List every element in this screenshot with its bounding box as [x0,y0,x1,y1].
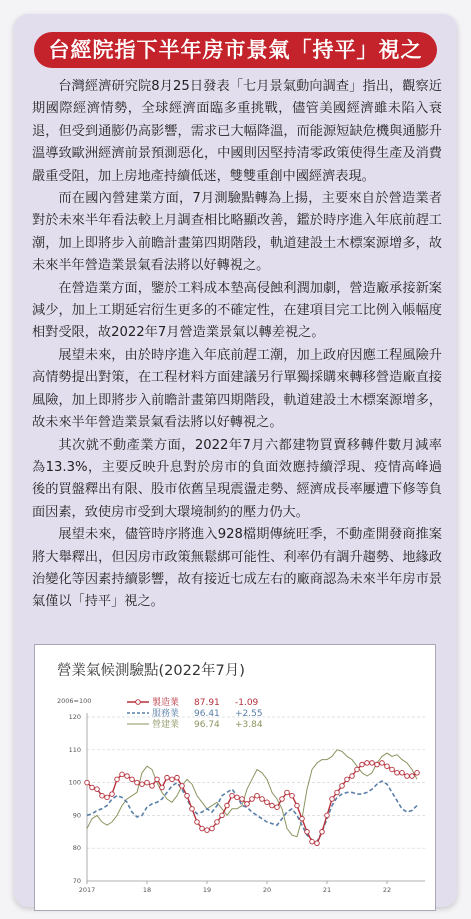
paragraph: 而在國內營建業方面，7月測驗點轉為上揚，主要來自於營造業者對於未來半年看法較上月… [32,188,442,278]
paragraph: 展望未來，儘管時序將進入928檔期傳統旺季，不動產開發商推案將大舉釋出，但因房市… [32,524,442,614]
legend-latest-value: 87.91 [194,698,220,708]
x-tick-label: 18 [143,886,151,894]
paragraph: 在營造業方面，鑒於工料成本墊高侵蝕利潤加劇，營造廠承接新案減少，加上工期延宕衍生… [32,278,442,345]
series-line [87,781,417,842]
legend-change-value: -1.09 [235,698,259,708]
x-tick-label: 2017 [79,886,96,894]
legend-label: 製造業 [152,696,179,708]
article-body: 台灣經濟研究院8月25日發表「七月景氣動向調查」指出，觀察近期國際經濟情勢，全球… [32,76,442,614]
legend-label: 營建業 [152,718,179,730]
y-tick-label: 80 [73,844,81,852]
legend-latest-value: 96.74 [194,720,220,730]
y-tick-label: 70 [73,877,81,885]
paragraph: 展望未來，由於時序進入年底前趕工潮，加上政府因應工程風險升高情勢提出對策，在工程… [32,345,442,435]
x-tick-label: 21 [323,886,331,894]
x-tick-label: 22 [383,886,391,894]
paragraph: 台灣經濟研究院8月25日發表「七月景氣動向調查」指出，觀察近期國際經濟情勢，全球… [32,76,442,188]
legend-label: 服務業 [152,707,179,719]
article-card: 台經院指下半年房市景氣「持平」視之 台灣經濟研究院8月25日發表「七月景氣動向調… [14,14,457,907]
x-tick-label: 19 [203,886,211,894]
y-tick-label: 120 [69,713,81,721]
y-tick-label: 90 [73,811,81,819]
y-tick-label: 100 [69,779,81,787]
legend-change-value: +2.55 [235,709,263,719]
business-climate-chart: 營業氣候測驗點(2022年7月) 2006=100708090100110120… [34,644,436,911]
paragraph: 其次就不動產業方面，2022年7月六都建物買賣移轉件數月減率為13.3%，主要反… [32,435,442,525]
line-chart-svg: 2006=10070809010011012020171819202122製造業… [35,645,435,910]
legend-latest-value: 96.41 [194,709,220,719]
series-line [87,763,417,843]
x-tick-label: 20 [263,886,271,894]
y-unit-label: 2006=100 [57,697,91,705]
y-tick-label: 110 [69,746,81,754]
legend-change-value: +3.84 [235,720,263,730]
article-title: 台經院指下半年房市景氣「持平」視之 [34,32,437,68]
